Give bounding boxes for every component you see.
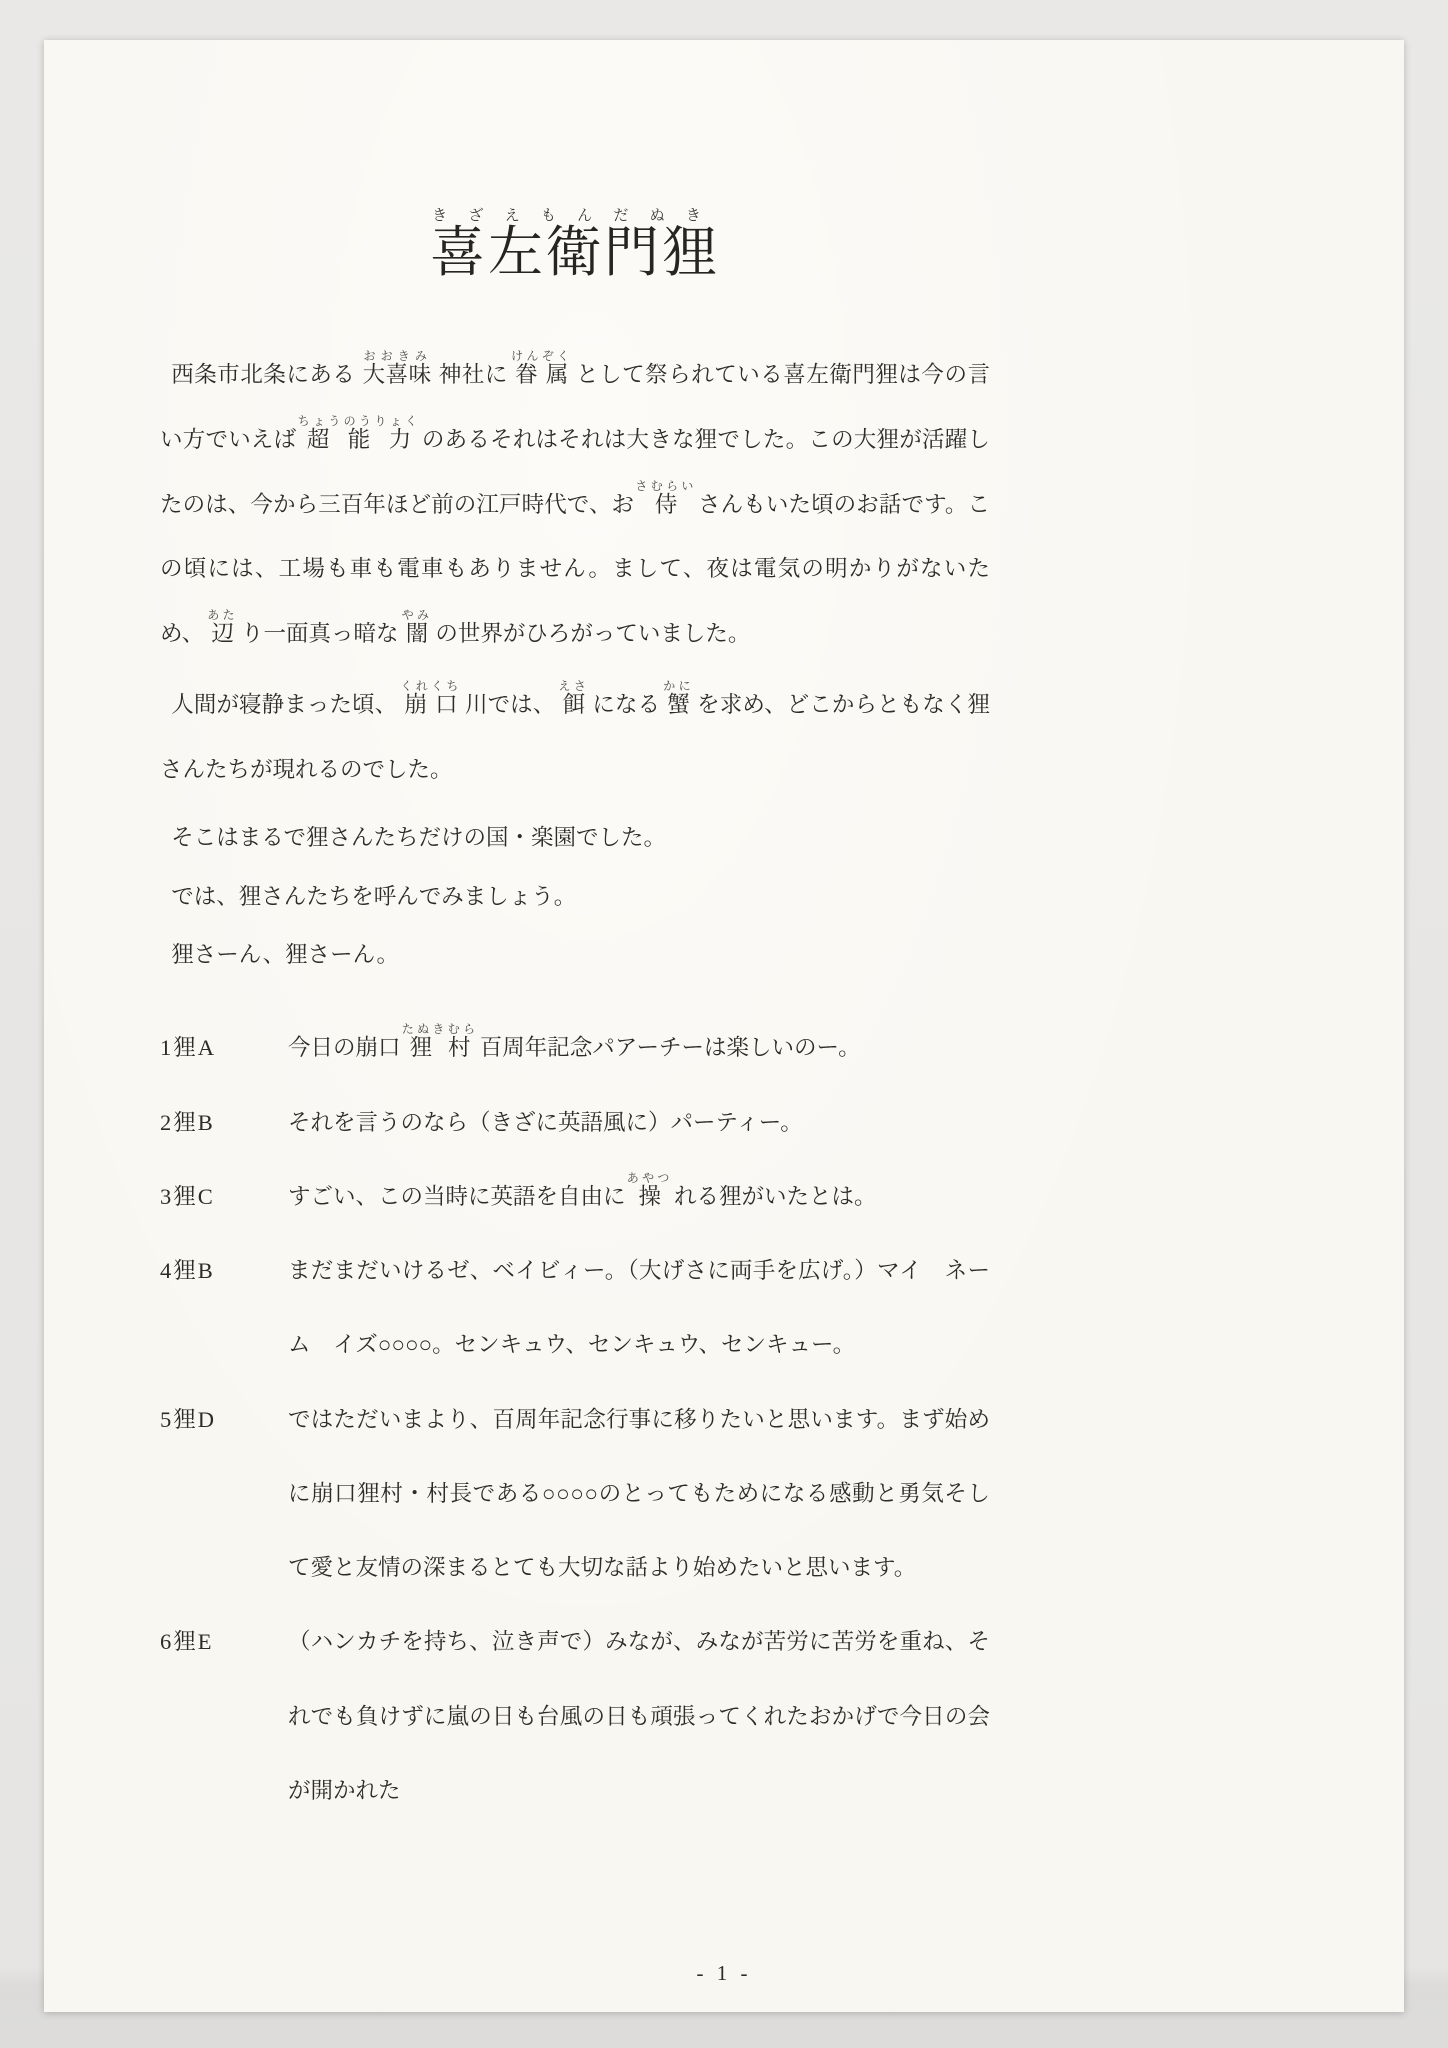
- paragraph-call-intro: では、狸さんたちを呼んでみましょう。: [160, 868, 990, 927]
- dialogue-row-1: 1狸A 今日の崩口狸村たぬきむら百周年記念パアーチーは楽しいのー。: [160, 1011, 990, 1085]
- dialogue-text-1: 今日の崩口狸村たぬきむら百周年記念パアーチーは楽しいのー。: [288, 1011, 990, 1085]
- document-body: 西条市北条にある大喜味おおきみ神社に眷属けんぞくとして祭られている喜左衛門狸は今…: [160, 343, 990, 1828]
- speaker-label-5: 5狸D: [160, 1383, 288, 1606]
- document-title: 喜左衛門狸きざえもんだぬき: [160, 208, 990, 287]
- paragraph-river: 人間が寝静まった頃、崩口くれくち川では、餌えさになる蟹かにを求め、どこからともな…: [160, 673, 990, 803]
- page-footer: - 1 -: [44, 1961, 1404, 1986]
- paragraph-call: 狸さーん、狸さーん。: [160, 926, 990, 985]
- speaker-label-3: 3狸C: [160, 1160, 288, 1234]
- dialogue-text-5: ではただいまより、百周年記念行事に移りたいと思います。まず始めに崩口狸村・村長で…: [288, 1383, 990, 1606]
- speaker-label-4: 4狸B: [160, 1234, 288, 1383]
- dialogue-row-4: 4狸B まだまだいけるゼ、ベイビィー。（大げさに両手を広げ。）マイ ネーム イズ…: [160, 1234, 990, 1383]
- dialogue-row-6: 6狸E （ハンカチを持ち、泣き声で）みなが、みなが苦労に苦労を重ね、それでも負け…: [160, 1605, 990, 1828]
- dialogue-row-5: 5狸D ではただいまより、百周年記念行事に移りたいと思います。まず始めに崩口狸村…: [160, 1383, 990, 1606]
- page-number: - 1 -: [697, 1961, 752, 1985]
- speaker-label-6: 6狸E: [160, 1605, 288, 1828]
- speaker-label-1: 1狸A: [160, 1011, 288, 1085]
- dialogue-list: 1狸A 今日の崩口狸村たぬきむら百周年記念パアーチーは楽しいのー。 2狸B それ…: [160, 1011, 990, 1828]
- dialogue-text-6: （ハンカチを持ち、泣き声で）みなが、みなが苦労に苦労を重ね、それでも負けずに嵐の…: [288, 1605, 990, 1828]
- dialogue-text-4: まだまだいけるゼ、ベイビィー。（大げさに両手を広げ。）マイ ネーム イズ○○○○…: [288, 1234, 990, 1383]
- speaker-label-2: 2狸B: [160, 1086, 288, 1160]
- dialogue-row-3: 3狸C すごい、この当時に英語を自由に操あやつれる狸がいたとは。: [160, 1160, 990, 1234]
- dialogue-text-3: すごい、この当時に英語を自由に操あやつれる狸がいたとは。: [288, 1160, 990, 1234]
- document-page: 喜左衛門狸きざえもんだぬき 西条市北条にある大喜味おおきみ神社に眷属けんぞくとし…: [44, 40, 1404, 2012]
- paragraph-intro: 西条市北条にある大喜味おおきみ神社に眷属けんぞくとして祭られている喜左衛門狸は今…: [160, 343, 990, 667]
- dialogue-row-2: 2狸B それを言うのなら（きざに英語風に）パーティー。: [160, 1086, 990, 1160]
- dialogue-text-2: それを言うのなら（きざに英語風に）パーティー。: [288, 1086, 990, 1160]
- document-content: 喜左衛門狸きざえもんだぬき 西条市北条にある大喜味おおきみ神社に眷属けんぞくとし…: [160, 40, 990, 1828]
- paragraph-paradise: そこはまるで狸さんたちだけの国・楽園でした。: [160, 809, 990, 868]
